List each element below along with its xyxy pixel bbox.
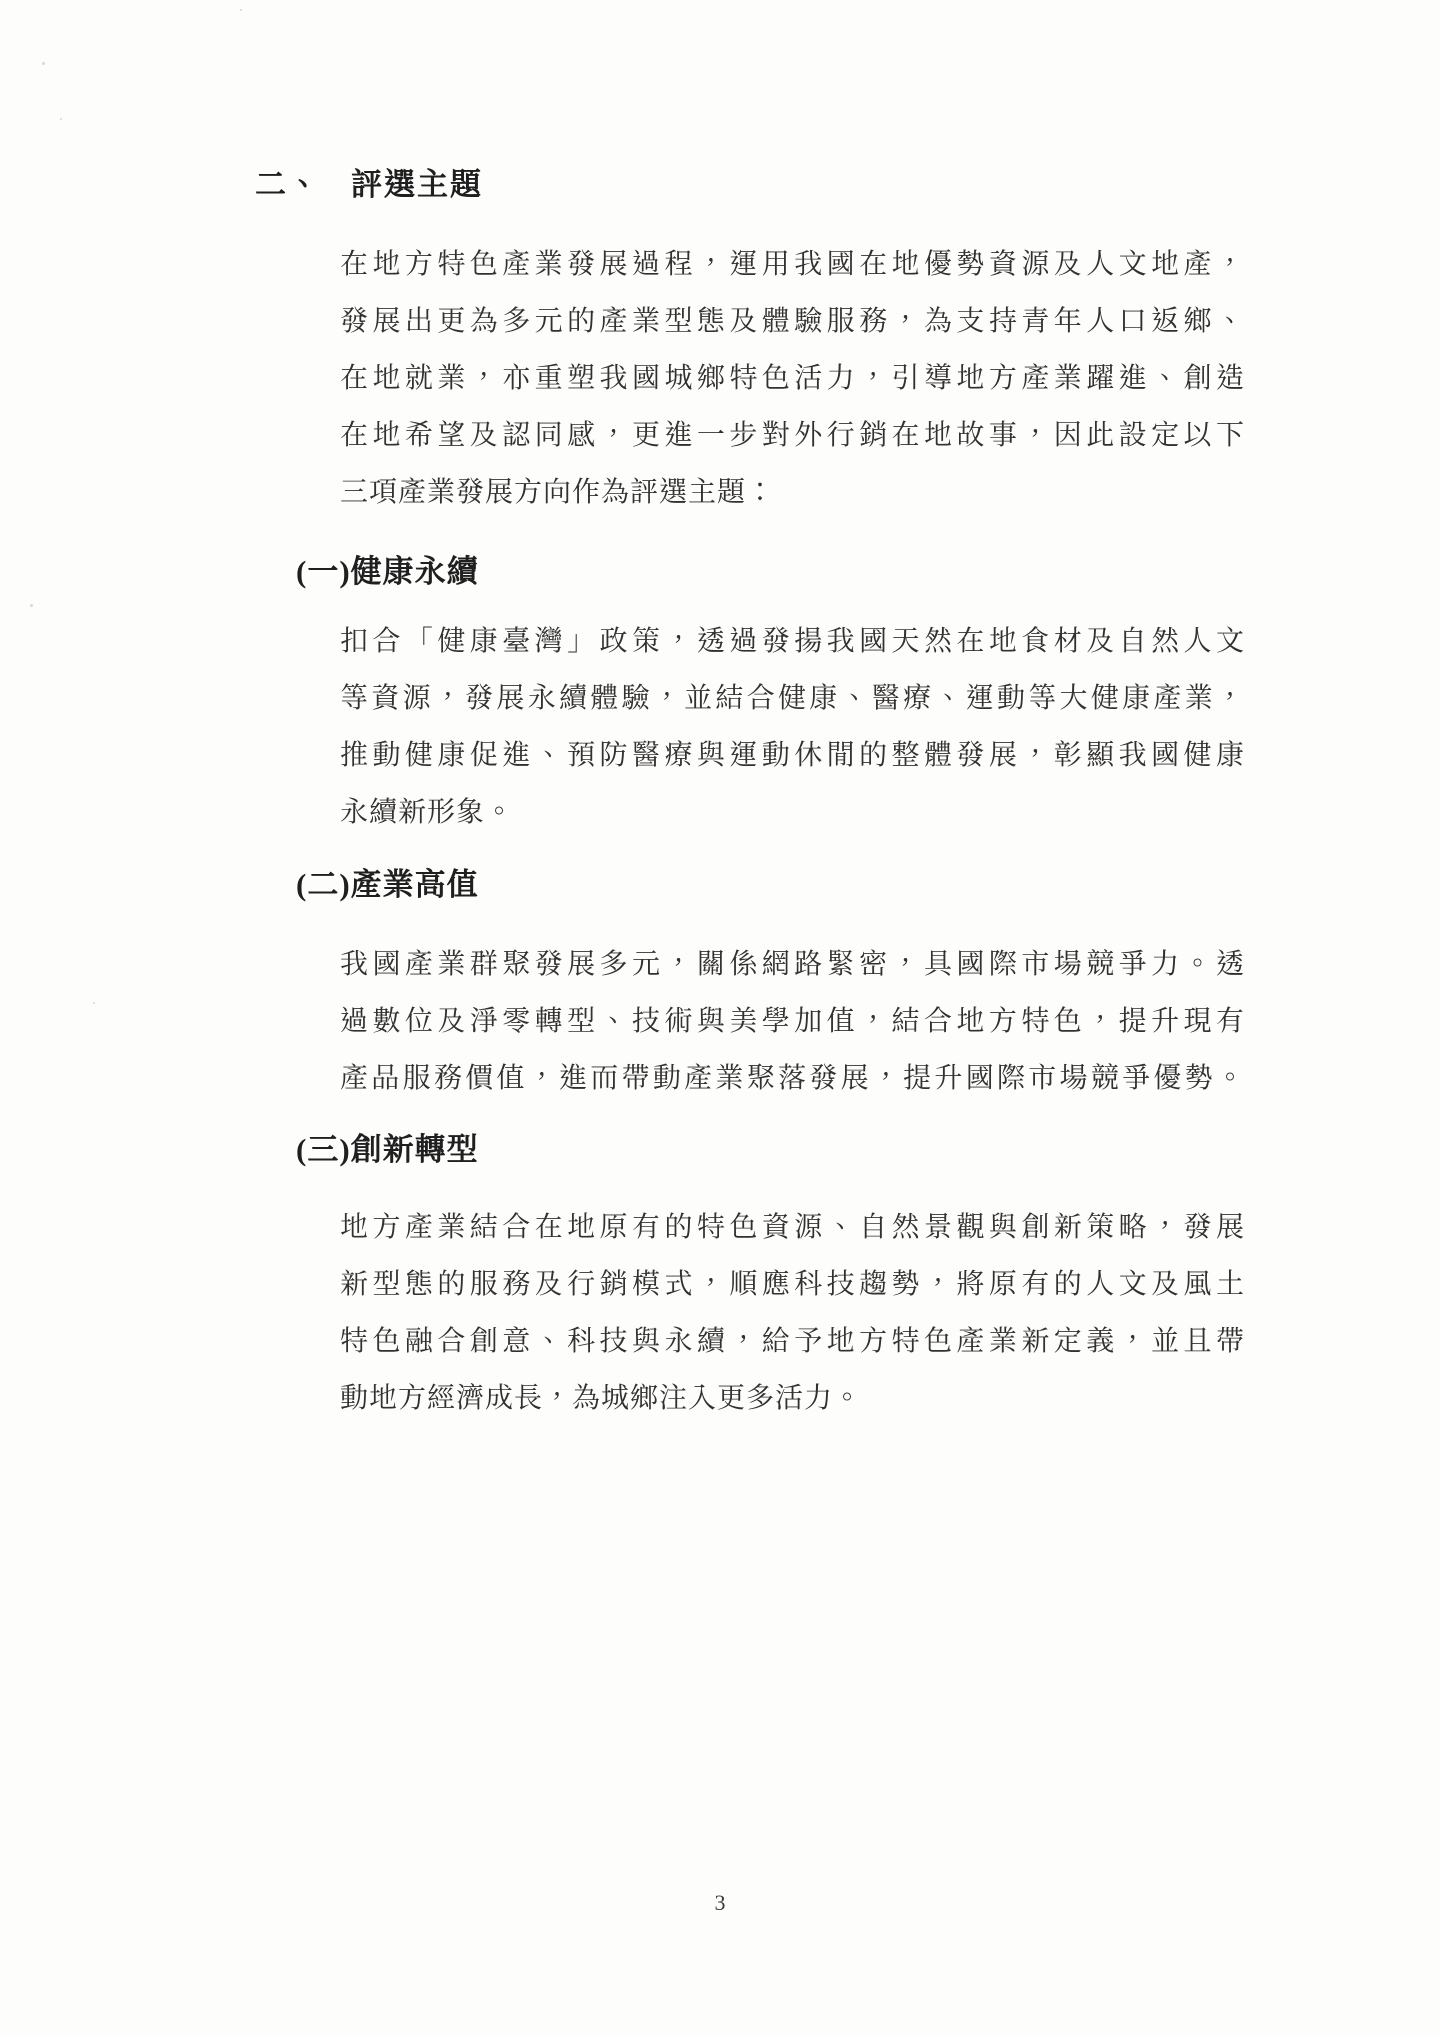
scan-speck [240,9,242,11]
intro-line: 在地方特色產業發展過程，運用我國在地優勢資源及人文地產， [340,236,1245,293]
page-number: 3 [0,1890,1440,1916]
subsection-2-title: 產業高值 [351,867,479,902]
paragraph-line: 特色融合創意、科技與永續，給予地方特色產業新定義，並且帶 [340,1313,1245,1370]
scan-speck [93,1002,95,1004]
paragraph-line: 推動健康促進、預防醫療與運動休閒的整體發展，彰顯我國健康 [340,727,1245,784]
heading-numeral: 二、 [255,167,321,202]
paragraph-line: 地方產業結合在地原有的特色資源、自然景觀與創新策略，發展 [340,1199,1245,1256]
intro-line: 在地希望及認同感，更進一步對外行銷在地故事，因此設定以下 [340,407,1245,464]
subsection-2-heading: (二)產業高值 [296,856,479,913]
paragraph-line: 永續新形象。 [340,784,1245,841]
paragraph-line: 產品服務價值，進而帶動產業聚落發展，提升國際市場競爭優勢。 [340,1050,1245,1107]
subsection-3-label: (三) [296,1132,351,1167]
paragraph-line: 過數位及淨零轉型、技術與美學加值，結合地方特色，提升現有 [340,993,1245,1050]
subsection-2-label: (二) [296,867,351,902]
paragraph-line: 扣合「健康臺灣」政策，透過發揚我國天然在地食材及自然人文 [340,613,1245,670]
subsection-3-heading: (三)創新轉型 [296,1121,479,1178]
subsection-1-paragraph: 扣合「健康臺灣」政策，透過發揚我國天然在地食材及自然人文 等資源，發展永續體驗，… [340,613,1245,841]
intro-line: 在地就業，亦重塑我國城鄉特色活力，引導地方產業躍進、創造 [340,350,1245,407]
paragraph-line: 動地方經濟成長，為城鄉注入更多活力。 [340,1370,1245,1427]
scan-speck [42,62,45,65]
scan-speck [60,118,62,120]
document-page: 二、評選主題 在地方特色產業發展過程，運用我國在地優勢資源及人文地產， 發展出更… [0,0,1440,2037]
intro-paragraph: 在地方特色產業發展過程，運用我國在地優勢資源及人文地產， 發展出更為多元的產業型… [340,236,1245,521]
scan-speck [30,604,33,607]
subsection-1-title: 健康永續 [351,554,479,589]
paragraph-line: 我國產業群聚發展多元，關係網路緊密，具國際市場競爭力。透 [340,936,1245,993]
subsection-2-paragraph: 我國產業群聚發展多元，關係網路緊密，具國際市場競爭力。透 過數位及淨零轉型、技術… [340,936,1245,1107]
subsection-1-label: (一) [296,554,351,589]
subsection-3-paragraph: 地方產業結合在地原有的特色資源、自然景觀與創新策略，發展 新型態的服務及行銷模式… [340,1199,1245,1427]
intro-line: 發展出更為多元的產業型態及體驗服務，為支持青年人口返鄉、 [340,293,1245,350]
heading-title: 評選主題 [351,167,483,202]
subsection-3-title: 創新轉型 [351,1132,479,1167]
intro-line: 三項產業發展方向作為評選主題： [340,464,1245,521]
paragraph-line: 等資源，發展永續體驗，並結合健康、醫療、運動等大健康產業， [340,670,1245,727]
section-2-heading: 二、評選主題 [255,156,483,213]
paragraph-line: 新型態的服務及行銷模式，順應科技趨勢，將原有的人文及風土 [340,1256,1245,1313]
subsection-1-heading: (一)健康永續 [296,543,479,600]
